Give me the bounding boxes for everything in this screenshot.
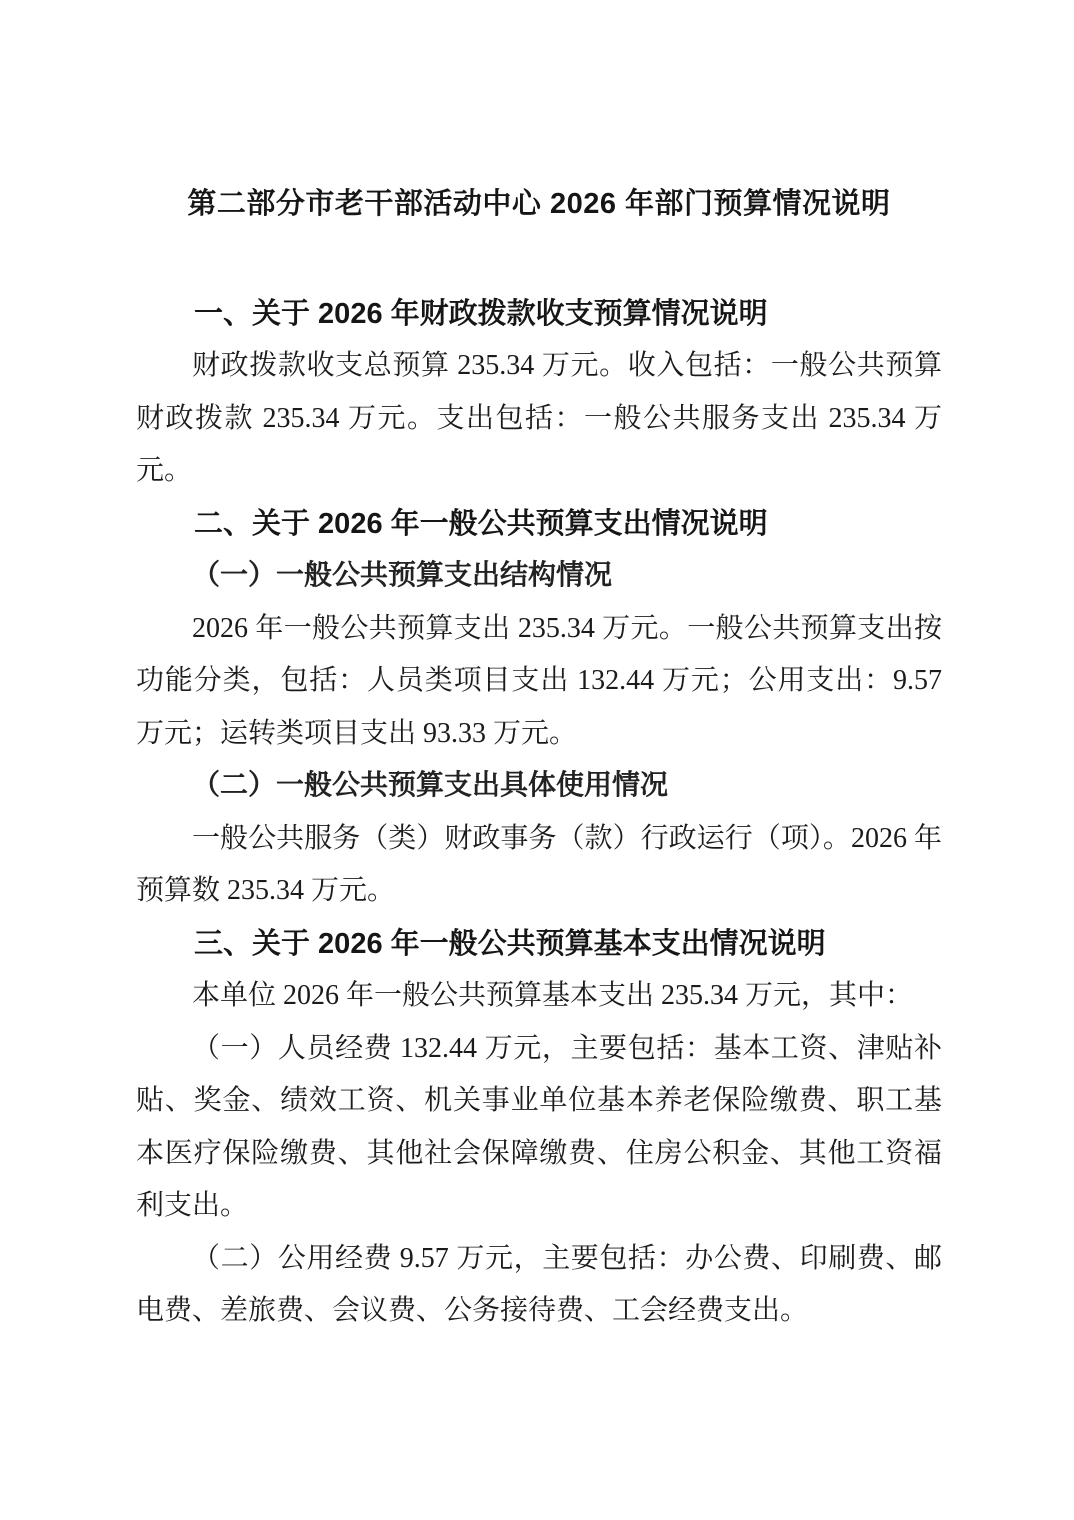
body-paragraph: （二）公用经费 9.57 万元，主要包括：办公费、印刷费、邮电费、差旅费、会议费… bbox=[136, 1233, 942, 1338]
body-paragraph: 财政拨款收支总预算 235.34 万元。收入包括：一般公共预算财政拨款 235.… bbox=[136, 340, 942, 498]
section-heading-1: 一、关于 2026 年财政拨款收支预算情况说明 bbox=[136, 288, 942, 341]
sub-heading-2-2: （二）一般公共预算支出具体使用情况 bbox=[136, 760, 942, 813]
document-page: 第二部分市老干部活动中心 2026 年部门预算情况说明 一、关于 2026 年财… bbox=[0, 0, 1074, 1520]
sub-heading-2-1: （一）一般公共预算支出结构情况 bbox=[136, 550, 942, 603]
document-title: 第二部分市老干部活动中心 2026 年部门预算情况说明 bbox=[136, 178, 942, 231]
section-heading-2: 二、关于 2026 年一般公共预算支出情况说明 bbox=[136, 498, 942, 551]
document-content: 第二部分市老干部活动中心 2026 年部门预算情况说明 一、关于 2026 年财… bbox=[136, 178, 942, 1338]
body-paragraph: 2026 年一般公共预算支出 235.34 万元。一般公共预算支出按功能分类，包… bbox=[136, 603, 942, 761]
section-heading-3: 三、关于 2026 年一般公共预算基本支出情况说明 bbox=[136, 918, 942, 971]
body-paragraph: 本单位 2026 年一般公共预算基本支出 235.34 万元，其中： bbox=[136, 970, 942, 1023]
body-paragraph: 一般公共服务（类）财政事务（款）行政运行（项）。2026 年预算数 235.34… bbox=[136, 813, 942, 918]
body-paragraph: （一）人员经费 132.44 万元，主要包括：基本工资、津贴补贴、奖金、绩效工资… bbox=[136, 1023, 942, 1233]
